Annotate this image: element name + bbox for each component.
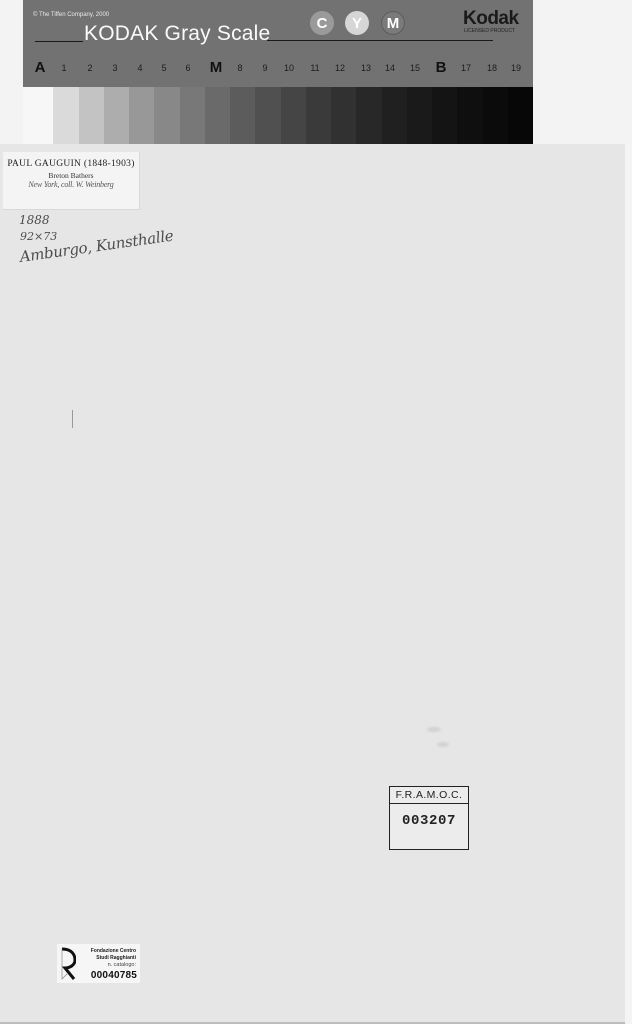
title-rule-right	[267, 40, 493, 41]
step-labels-row: A123456M89101112131415B171819	[23, 59, 533, 77]
pencil-mark	[72, 410, 73, 428]
step-label: 2	[87, 59, 92, 77]
photo-backing-sheet	[0, 144, 626, 1024]
catalog-sticker: Fondazione Centro Studi Ragghianti n. ca…	[57, 944, 140, 983]
catalog-label: n. catalogo:	[108, 962, 136, 968]
gray-patch	[23, 87, 53, 144]
cyan-marker-icon: C	[310, 11, 334, 35]
gray-patch	[180, 87, 205, 144]
kodak-gray-scale-card: © The Tiffen Company, 2000 KODAK Gray Sc…	[23, 0, 533, 144]
card-title: KODAK Gray Scale	[84, 22, 270, 46]
step-label: 18	[487, 59, 497, 77]
gray-patch	[53, 87, 78, 144]
step-label: 19	[511, 59, 521, 77]
stamp-header: F.R.A.M.O.C.	[390, 787, 468, 804]
step-label: A	[35, 59, 46, 77]
artist-name: PAUL GAUGUIN (1848-1903)	[3, 159, 139, 169]
gray-patch	[104, 87, 129, 144]
step-label: 10	[284, 59, 294, 77]
gray-patch	[79, 87, 104, 144]
step-label: 17	[461, 59, 471, 77]
gray-patch	[129, 87, 154, 144]
licensed-product-text: LICENSED PRODUCT	[464, 28, 515, 34]
gray-patches	[23, 87, 533, 144]
gray-patch	[205, 87, 230, 144]
foundation-name-line1: Fondazione Centro	[91, 948, 136, 954]
gray-patch	[230, 87, 255, 144]
step-label: 5	[161, 59, 166, 77]
step-label: 14	[385, 59, 395, 77]
gray-patch	[457, 87, 482, 144]
catalog-number: 00040785	[91, 970, 137, 981]
yellow-marker-icon: Y	[345, 11, 369, 35]
step-label: 11	[310, 59, 319, 77]
step-label: 3	[112, 59, 117, 77]
gray-patch	[508, 87, 533, 144]
step-label: 13	[361, 59, 371, 77]
smudge-mark	[437, 742, 449, 747]
smudge-mark	[427, 727, 441, 732]
handwritten-year: 1888	[19, 213, 50, 227]
foundation-name-line2: Studi Ragghianti	[96, 955, 136, 961]
gray-patch	[432, 87, 457, 144]
step-label: 1	[61, 59, 66, 77]
step-label: 4	[137, 59, 142, 77]
framoc-stamp: F.R.A.M.O.C. 003207	[389, 786, 469, 850]
title-rule-left	[35, 41, 83, 42]
handwritten-collection: New York, coll. W. Weinberg	[3, 180, 139, 189]
step-label: 8	[237, 59, 242, 77]
handwritten-dimensions: 92×73	[20, 230, 57, 243]
step-label: 9	[262, 59, 267, 77]
gray-patch	[306, 87, 331, 144]
step-label: M	[210, 59, 223, 77]
ragghianti-logo-icon	[60, 947, 76, 980]
step-label: 15	[410, 59, 420, 77]
gray-patch	[483, 87, 508, 144]
artwork-label: PAUL GAUGUIN (1848-1903) Breton Bathers …	[3, 152, 140, 210]
gray-patch	[255, 87, 280, 144]
step-label: B	[436, 59, 447, 77]
gray-patch	[154, 87, 179, 144]
gray-patch	[407, 87, 432, 144]
artwork-title: Breton Bathers	[3, 171, 139, 180]
step-label: 12	[335, 59, 345, 77]
kodak-logo: Kodak	[463, 8, 519, 30]
stamp-number: 003207	[390, 813, 468, 829]
gray-patch	[331, 87, 356, 144]
gray-patch	[356, 87, 381, 144]
sheet-edge	[625, 144, 632, 1024]
magenta-marker-icon: M	[381, 11, 405, 35]
gray-patch	[382, 87, 407, 144]
copyright-text: © The Tiffen Company, 2000	[33, 12, 109, 18]
step-label: 6	[185, 59, 190, 77]
gray-patch	[281, 87, 306, 144]
